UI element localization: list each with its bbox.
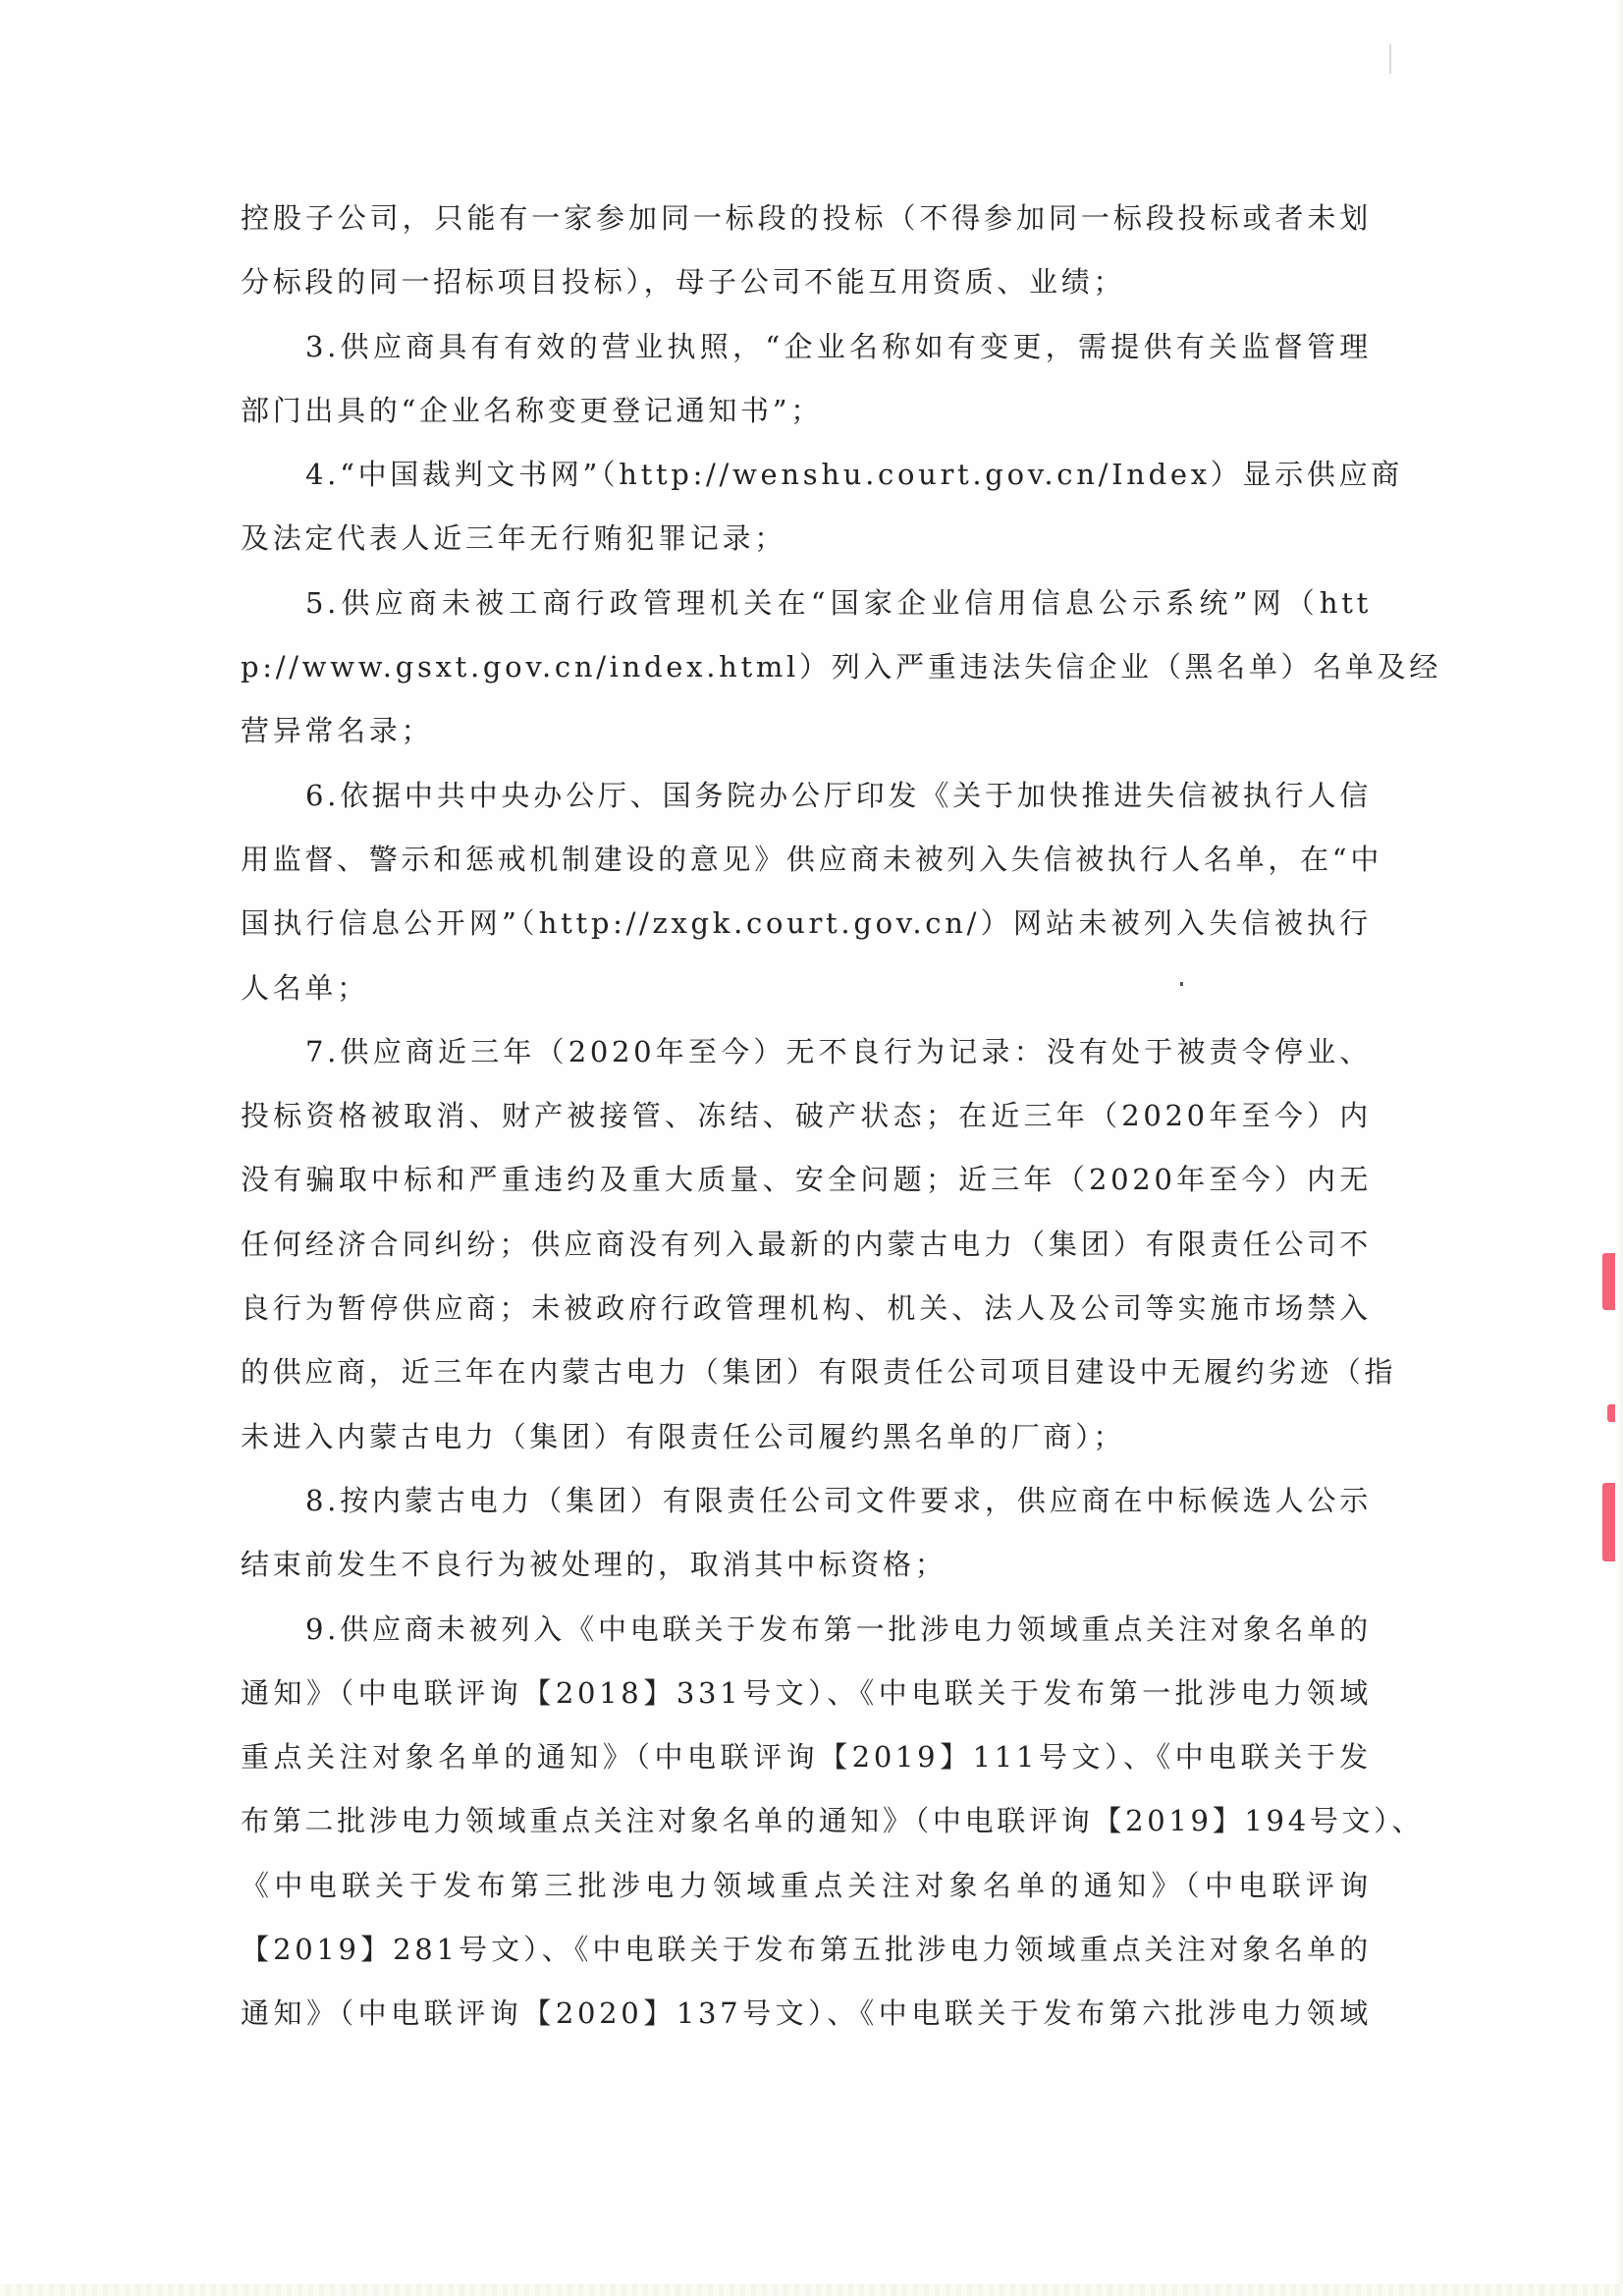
scan-mark: [1389, 44, 1391, 74]
text-line: 通知》（中电联评询【2018】331号文）、《中电联关于发布第一批涉电力领域: [241, 1662, 1372, 1725]
text-line: 《中电联关于发布第三批涉电力领域重点关注对象名单的通知》（中电联评询: [241, 1854, 1372, 1918]
clause-9: 9.供应商未被列入《中电联关于发布第一批涉电力领域重点关注对象名单的: [241, 1598, 1372, 1662]
text-line: 国执行信息公开网”（http://zxgk.court.gov.cn/）网站未被…: [241, 892, 1372, 956]
text-line: 投标资格被取消、财产被接管、冻结、破产状态；在近三年（2020年至今）内: [241, 1084, 1372, 1148]
scan-speck: [1180, 982, 1183, 986]
document-body: 控股子公司，只能有一家参加同一标段的投标（不得参加同一标段投标或者未划 分标段的…: [241, 187, 1372, 2047]
text-line: 部门出具的“企业名称变更登记通知书”；: [241, 379, 1372, 443]
text-line: 人名单；: [241, 957, 1372, 1020]
text-line: 良行为暂停供应商；未被政府行政管理机构、机关、法人及公司等实施市场禁入: [241, 1277, 1372, 1340]
text-line: 布第二批涉电力领域重点关注对象名单的通知》（中电联评询【2019】194号文）、: [241, 1789, 1372, 1853]
text-line: 分标段的同一招标项目投标），母子公司不能互用资质、业绩；: [241, 250, 1372, 314]
text-line: 结束前发生不良行为被处理的，取消其中标资格；: [241, 1533, 1372, 1597]
scan-bottom-edge: [0, 2284, 1623, 2296]
text-line: 的供应商，近三年在内蒙古电力（集团）有限责任公司项目建设中无履约劣迹（指: [241, 1340, 1372, 1404]
clause-3: 3.供应商具有有效的营业执照，“企业名称如有变更，需提供有关监督管理: [241, 315, 1372, 379]
clause-7: 7.供应商近三年（2020年至今）无不良行为记录：没有处于被责令停业、: [241, 1020, 1372, 1084]
page-edge: [1615, 0, 1623, 2296]
text-line: 用监督、警示和惩戒机制建设的意见》供应商未被列入失信被执行人名单，在“中: [241, 828, 1372, 892]
text-line: p://www.gsxt.gov.cn/index.html）列入严重违法失信企…: [241, 635, 1372, 699]
text-line: 【2019】281号文）、《中电联关于发布第五批涉电力领域重点关注对象名单的: [241, 1918, 1372, 1982]
text-line: 未进入内蒙古电力（集团）有限责任公司履约黑名单的厂商）；: [241, 1405, 1372, 1469]
clause-4: 4.“中国裁判文书网”（http://wenshu.court.gov.cn/I…: [241, 443, 1372, 507]
text-line: 营异常名录；: [241, 699, 1372, 763]
clause-8: 8.按内蒙古电力（集团）有限责任公司文件要求，供应商在中标候选人公示: [241, 1469, 1372, 1533]
scanned-page: 控股子公司，只能有一家参加同一标段的投标（不得参加同一标段投标或者未划 分标段的…: [0, 0, 1623, 2296]
text-line: 通知》（中电联评询【2020】137号文）、《中电联关于发布第六批涉电力领域: [241, 1982, 1372, 2046]
clause-5: 5.供应商未被工商行政管理机关在“国家企业信用信息公示系统”网（htt: [241, 572, 1372, 635]
text-line: 及法定代表人近三年无行贿犯罪记录；: [241, 507, 1372, 571]
text-line: 重点关注对象名单的通知》（中电联评询【2019】111号文）、《中电联关于发: [241, 1725, 1372, 1789]
text-line: 没有骗取中标和严重违约及重大质量、安全问题；近三年（2020年至今）内无: [241, 1148, 1372, 1212]
clause-6: 6.依据中共中央办公厅、国务院办公厅印发《关于加快推进失信被执行人信: [241, 764, 1372, 828]
text-line: 任何经济合同纠纷；供应商没有列入最新的内蒙古电力（集团）有限责任公司不: [241, 1213, 1372, 1277]
text-line: 控股子公司，只能有一家参加同一标段的投标（不得参加同一标段投标或者未划: [241, 187, 1372, 250]
